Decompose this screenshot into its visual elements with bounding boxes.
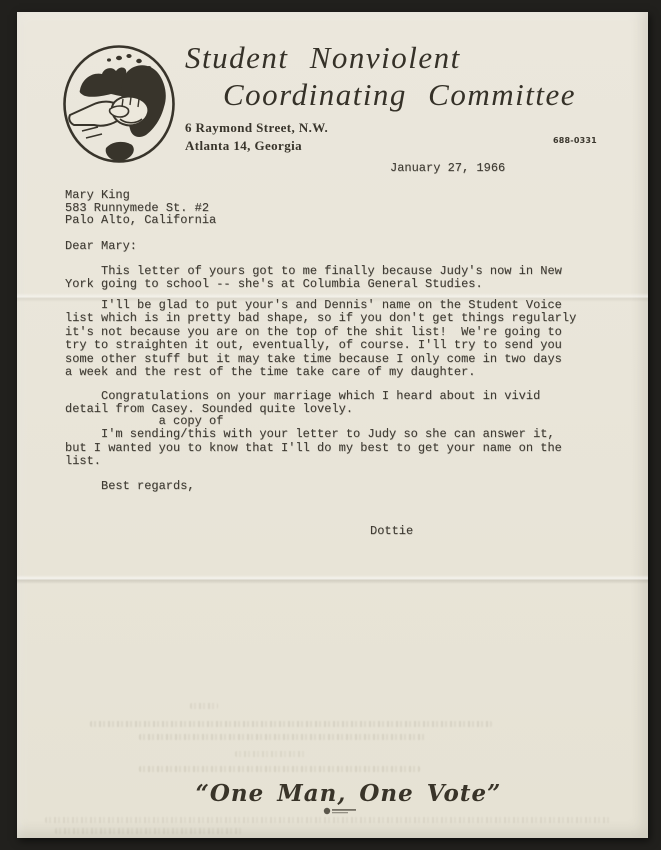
letter-page: Student Nonviolent Coordinating Committe… bbox=[17, 12, 648, 838]
scan-background: Student Nonviolent Coordinating Committe… bbox=[0, 0, 661, 850]
union-bug-icon bbox=[322, 806, 362, 816]
bleed-through-line bbox=[90, 721, 492, 727]
letterhead-address: 6 Raymond Street, N.W. Atlanta 14, Georg… bbox=[185, 119, 328, 155]
org-name-line2: Coordinating Committee bbox=[223, 77, 576, 113]
globe-handshake-logo bbox=[62, 44, 176, 164]
org-name-line1: Student Nonviolent bbox=[185, 40, 461, 76]
closing: Best regards, bbox=[101, 480, 195, 493]
body-paragraph: a copy of I'm sending/this with your let… bbox=[65, 415, 562, 469]
fold-crease bbox=[17, 575, 648, 584]
bleed-through-line bbox=[55, 828, 242, 834]
signature: Dottie bbox=[370, 525, 413, 538]
slogan: “One Man, One Vote” bbox=[196, 780, 502, 807]
body-paragraph: I'll be glad to put your's and Dennis' n… bbox=[65, 299, 576, 379]
bleed-through-line bbox=[235, 751, 307, 757]
bleed-through-line bbox=[139, 734, 426, 740]
body-paragraph: This letter of yours got to me finally b… bbox=[65, 265, 562, 292]
salutation: Dear Mary: bbox=[65, 240, 137, 253]
bleed-through-line bbox=[190, 703, 218, 709]
letter-date: January 27, 1966 bbox=[390, 162, 505, 175]
bleed-through-line bbox=[139, 766, 420, 772]
recipient-address: Mary King 583 Runnymede St. #2 Palo Alto… bbox=[65, 189, 216, 227]
letterhead-phone: 688-0331 bbox=[553, 136, 597, 145]
bleed-through-line bbox=[45, 817, 610, 823]
body-paragraph: Congratulations on your marriage which I… bbox=[65, 390, 540, 417]
